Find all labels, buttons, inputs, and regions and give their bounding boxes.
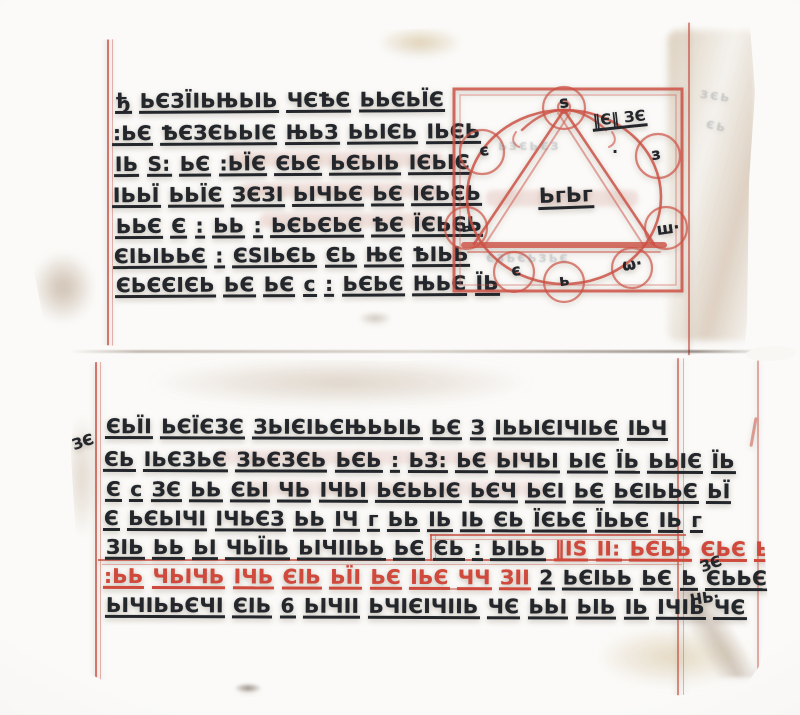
word: 6 xyxy=(280,597,296,618)
word: ЬЄЇЄЗЄ xyxy=(160,418,245,439)
stain xyxy=(378,28,462,56)
word: г xyxy=(367,511,380,532)
word: ѢЄ xyxy=(371,216,405,237)
word: ‖ІЅ xyxy=(554,540,589,561)
word: ЄЬЄЄІЄЬ xyxy=(115,277,216,299)
bleed-through-text: єь xyxy=(705,116,729,136)
word: ІЬЄЗЬЄ xyxy=(143,451,228,472)
word: Є xyxy=(105,481,122,502)
word: ЬІЧЬІ xyxy=(495,452,560,473)
word: ІЬ xyxy=(427,511,452,532)
word: Є xyxy=(103,510,120,531)
word: : xyxy=(195,218,205,239)
manuscript-line: ЬЬЄ Є : ЬЬ : ЬЄЬЄЬЄ ѢЄ ЇЄЬЄЬ xyxy=(115,212,483,239)
word: ЬІЧІІ xyxy=(303,598,360,619)
word: г xyxy=(690,512,703,533)
word: ЬІЄ xyxy=(567,453,607,474)
word: 2 xyxy=(538,569,554,590)
word: ІЧЬ xyxy=(233,568,275,589)
word: : xyxy=(214,247,224,268)
manuscript-line: ЄЬЄЄІЄЬ ЬЄ ЬЄ с : ЬЄЬЄ ЊЬЄ ЇЬ xyxy=(115,271,500,298)
word: ЬЄ xyxy=(263,276,296,297)
word: ЬІЬЬ xyxy=(490,540,546,561)
word: с xyxy=(129,481,143,502)
word: ЄЬ xyxy=(103,451,136,472)
word: ЧЬЇІЬ xyxy=(225,539,290,560)
word: ЬЄ xyxy=(455,452,488,473)
word: ЬЄ xyxy=(640,570,673,591)
word: : xyxy=(390,452,400,473)
seed-syllable: ω· xyxy=(621,253,643,275)
red-edge-smear xyxy=(30,300,33,342)
word: ІЧЬІ xyxy=(319,482,369,503)
left-margin-folio-mark: ЗЄ xyxy=(70,430,96,454)
word: ЇЄЬЄ xyxy=(532,511,587,532)
word: ЬЬ xyxy=(189,481,222,502)
word: ЬЬ xyxy=(212,217,245,238)
manuscript-line: ЬІЧІЬЬЄЧІ ЄІЬ 6 ЬІЧІІ ЬЧІЄІЧІІЬ ЧЄ ЬЬІ Ь… xyxy=(105,593,747,620)
word: ЬЄЬІЬ xyxy=(329,154,400,175)
bleed-through-text: ьзєьєз xyxy=(498,138,561,154)
word: ЗЄЗІ xyxy=(231,186,285,207)
word: ЬЄ xyxy=(223,276,256,297)
word: ЄЬЇІ xyxy=(105,418,153,439)
left-margin-rule xyxy=(95,361,97,697)
word: ЧЬІЧЬ xyxy=(152,568,226,589)
yantra-diagram: ьзєьєз єзьєьзьє ѕ є з ь ш· є ь ω· ЬгЬг ‖… xyxy=(452,86,685,295)
word: ІІ: xyxy=(596,540,622,561)
word: ІЬ xyxy=(114,156,139,177)
word: Є xyxy=(170,218,187,239)
left-margin-rule xyxy=(107,34,109,354)
manuscript-line: ЄЬЇІ ЬЄЇЄЗЄ ЗЬІЄІЬЄЊЬЬІЬ ЬЄ З ІЬЬІЄІЧІЬЄ… xyxy=(105,414,669,441)
word: ЬЬ xyxy=(387,511,420,532)
word: ЬЬІ xyxy=(527,598,568,619)
word: ЬЄЬЬІЄ xyxy=(375,482,461,503)
word: ЬЄІЬЬ xyxy=(562,569,633,590)
word: ЄЬЄ xyxy=(274,155,322,176)
word: :ЬЇЄ xyxy=(219,155,268,176)
word: ІЬ xyxy=(658,512,683,533)
word: ЬЬЇЄ xyxy=(168,186,224,207)
word: ЬЄЬЬ xyxy=(629,541,693,562)
manuscript-line: Є ЬЄЬІЧІ ІЧЬЄЗ ЬЬ ІЧ г ЬЬ ІЬ ІЬ ЄЬ ЇЄЬЄ … xyxy=(103,506,703,533)
manuscript-line: ІЬ Ѕ: ЬЄ :ЬЇЄ ЄЬЄ ЬЄЬІЬ ІЄЬІЄ xyxy=(114,150,471,177)
manuscript-line: :ЬЄ ѢЄЗЄЬЬІЄ ЊЬЗ ЬЬІЄЬ ІЬЄЬ xyxy=(112,119,482,146)
word: ЬІЧІІЬЬ xyxy=(297,539,385,560)
word: ЬЄ xyxy=(369,569,402,590)
word: ЧЄ xyxy=(487,598,521,619)
word: ІЧ xyxy=(333,511,359,532)
word: ЬЬ xyxy=(293,511,326,532)
word: ЬЄЬЄ xyxy=(342,275,405,296)
word: ІЬЬЇ xyxy=(112,187,161,208)
word: ЬЇІ xyxy=(329,569,362,590)
manuscript-photo: ђ ЬЄЗЇІЬЊЬІЬ ЧЄѢЄ ЬЬЄЬЇЄ :ЬЄ ѢЄЗЄЬЬІЄ ЊЬ… xyxy=(0,0,800,715)
word: Ь xyxy=(680,570,698,591)
left-margin-rule-inner xyxy=(100,361,101,697)
word: ЄІЬ xyxy=(282,568,322,589)
word: ЗЬЄЗЄЬ xyxy=(235,451,327,472)
manuscript-line: ЗІЬ ЬЬ ЬІ ЧЬЇІЬ ЬІЧІІЬЬ ЬЄ ЄЬ : ЬІЬЬ ‖ІЅ… xyxy=(105,535,800,562)
tear-gap xyxy=(746,345,797,363)
word: ЄЬ xyxy=(433,540,466,561)
word: ЄЬ xyxy=(492,511,525,532)
word: ЊЄ xyxy=(364,246,404,267)
right-edge-rule xyxy=(757,359,759,697)
word: ЬЄЧ xyxy=(469,482,518,503)
label-dot: · xyxy=(612,142,618,161)
word: ІЬ xyxy=(460,511,485,532)
word: :ЬЄ xyxy=(112,125,153,146)
word: ЬІЧІЬЬЄЧІ xyxy=(105,597,225,618)
manuscript-line: ђ ЬЄЗЇІЬЊЬІЬ ЧЄѢЄ ЬЬЄЬЇЄ xyxy=(115,87,445,114)
right-margin-rule xyxy=(688,22,690,356)
word: ЬЧІЄІЧІІЬ xyxy=(368,598,480,619)
word: Ѕ: xyxy=(147,156,172,177)
word: ІЬЧ xyxy=(627,420,669,441)
word: ІЧЬЄЗ xyxy=(214,510,285,531)
word: : xyxy=(252,217,262,238)
stain xyxy=(358,312,392,324)
word: :ЬЬ xyxy=(103,568,144,589)
manuscript-line: ЄІЬІЬЬЄ : ЄЅІЬЄЬ ЄЬ ЊЄ ѢІЬЬ xyxy=(113,242,470,269)
word: : xyxy=(472,540,482,561)
word: ЬЄ xyxy=(430,419,463,440)
word: ЬЄ xyxy=(179,155,212,176)
word: ЄЬІ xyxy=(230,481,270,502)
word: З xyxy=(470,419,487,440)
word: ЬЇ xyxy=(706,483,731,504)
word: ЗЬІЄІЬЄЊЬЬІЬ xyxy=(252,419,422,441)
word: ЬІЬ xyxy=(576,599,617,620)
stain xyxy=(234,683,262,693)
center-mantra: ЬгЬг xyxy=(538,186,595,210)
stain xyxy=(596,627,751,685)
word: ѢЄЗЄЬЬІЄ xyxy=(160,124,278,146)
word: ІЬ xyxy=(624,599,649,620)
manuscript-line: Є с ЗЄ ЬЬ ЄЬІ ЧЬ ІЧЬІ ЬЄЬЬІЄ ЬЄЧ ЬЄІ ЬЄ … xyxy=(105,477,732,504)
word: ЬЬІЄ xyxy=(647,453,703,474)
right-edge-rule xyxy=(770,22,772,356)
word: с xyxy=(303,276,317,297)
word: ЊЬЗ xyxy=(285,124,340,145)
word: ЧЬ xyxy=(277,482,311,503)
word: ЇЬ xyxy=(615,453,640,474)
bleed-through-text: зєь xyxy=(699,86,732,106)
word: ЬЬ xyxy=(152,539,185,560)
manuscript-line: :ЬЬ ЧЬІЧЬ ІЧЬ ЄІЬ ЬЇІ ЬЄ ІЬЄ ЧЧ ЗІІ 2 ЬЄ… xyxy=(103,564,768,591)
word: ЬЬІЄЬ xyxy=(347,123,418,144)
seed-syllable: ш· xyxy=(655,217,680,239)
word: ЧЄѢЄ xyxy=(286,92,352,113)
word: ЬІ xyxy=(192,539,217,560)
word: ЬЄЗЇІЬЊЬІЬ xyxy=(139,92,279,114)
bleed-through-text: єзьєьзьє xyxy=(486,250,570,266)
word: ЬЄ xyxy=(371,185,404,206)
word: ЗІЬ xyxy=(105,539,145,560)
manuscript-line: ІЬЬЇ ЬЬЇЄ ЗЄЗІ ЬІЧЬЄ ЬЄ ІЄЬЄЬ xyxy=(112,181,482,208)
word: : xyxy=(324,276,334,297)
stain xyxy=(146,359,536,405)
word: ІЬЬІЄІЧІЬЄ xyxy=(493,419,619,440)
word: ЬЄЬІЧІ xyxy=(127,510,207,531)
manuscript-sheet-bottom: ЄЬЇІ ЬЄЇЄЗЄ ЗЬІЄІЬЄЊЬЬІЬ ЬЄ З ІЬЬІЄІЧІЬЄ… xyxy=(66,355,798,703)
word: ЬЄІ xyxy=(525,482,565,503)
fold-crease xyxy=(70,350,766,353)
word: ЬЬІЬ xyxy=(754,541,800,562)
word: ЇЬЬЄ xyxy=(595,512,651,533)
word: ЗЄ xyxy=(151,481,183,502)
word: ЧЧ xyxy=(457,569,492,590)
word: ЇЬ xyxy=(710,453,735,474)
manuscript-sheet-top: ђ ЬЄЗЇІЬЊЬІЬ ЧЄѢЄ ЬЬЄЬЇЄ :ЬЄ ѢЄЗЄЬЬІЄ ЊЬ… xyxy=(28,22,755,356)
word: ЬЗ: xyxy=(408,452,448,473)
word: ЬЄЬЄЬЄ xyxy=(270,217,364,239)
word: ЄІЬ xyxy=(232,597,272,618)
word: ЄЬ xyxy=(325,247,358,268)
word: ЗІІ xyxy=(499,569,531,590)
seed-syllable: ѕ xyxy=(558,92,570,112)
manuscript-line: ЄЬ ІЬЄЗЬЄ ЗЬЄЗЄЬ ЬЄЬ : ЬЗ: ЬЄ ЬІЧЬІ ЬІЄ … xyxy=(103,447,736,474)
word: ЄІЬІЬЬЄ xyxy=(113,248,207,270)
stain xyxy=(32,252,94,322)
word: ЬЬЄ xyxy=(115,218,163,239)
word: ђ xyxy=(115,93,132,114)
word: ЬЄЬ xyxy=(335,452,383,473)
word: ЬІЧЬЄ xyxy=(292,186,364,207)
word: ЄЅІЬЄЬ xyxy=(232,247,318,269)
word: ЬЬЄЬЇЄ xyxy=(359,91,445,113)
word: ЬЄІЬЬЄ xyxy=(613,483,699,504)
word: ІЬЄ xyxy=(409,569,449,590)
word: ЬЄ xyxy=(393,540,426,561)
word: ЬЄ xyxy=(573,483,606,504)
